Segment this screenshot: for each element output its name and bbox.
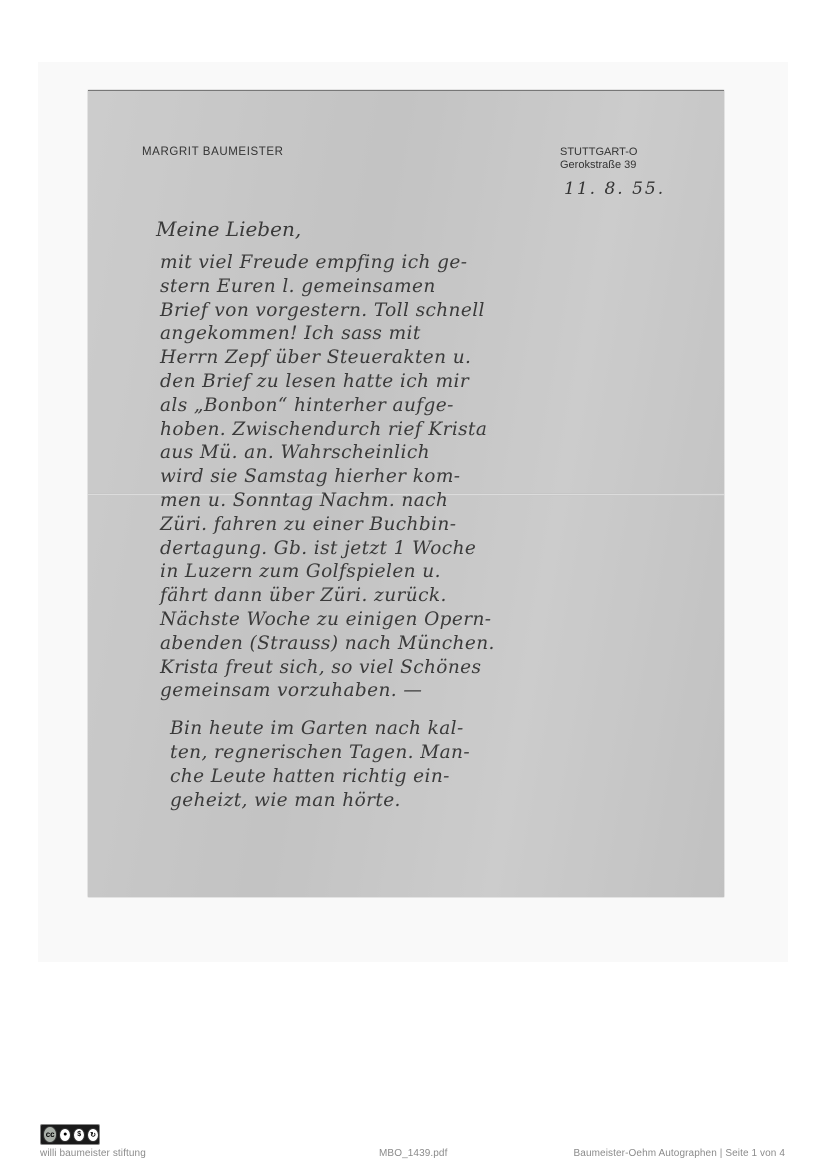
letterhead-city: STUTTGART-O — [560, 146, 637, 159]
text-line: men u. Sonntag Nachm. nach — [160, 489, 720, 513]
paragraph-1: mit viel Freude empfing ich ge- stern Eu… — [160, 251, 720, 703]
letter-date: 11. 8. 55. — [564, 179, 665, 199]
text-line: aus Mü. an. Wahrscheinlich — [160, 441, 720, 465]
text-line: als „Bonbon“ hinterher aufge- — [160, 394, 720, 418]
cc-icon: cc — [43, 1126, 57, 1143]
text-line: angekommen! Ich sass mit — [160, 322, 720, 346]
letter-sheet: MARGRIT BAUMEISTER STUTTGART-O Gerokstra… — [88, 90, 724, 897]
text-line: dertagung. Gb. ist jetzt 1 Woche — [160, 537, 720, 561]
text-line: geheizt, wie man hörte. — [170, 789, 720, 813]
text-line: stern Euren l. gemeinsamen — [160, 275, 720, 299]
page-footer: cc ● $ ↻ willi baumeister stiftung MBO_1… — [0, 1124, 826, 1164]
by-icon: ● — [59, 1128, 71, 1142]
footer-organization: willi baumeister stiftung — [40, 1148, 146, 1159]
text-line: mit viel Freude empfing ich ge- — [160, 251, 720, 275]
cc-license-badge[interactable]: cc ● $ ↻ — [40, 1124, 100, 1145]
text-line: ten, regnerischen Tagen. Man- — [170, 741, 720, 765]
letter-body: mit viel Freude empfing ich ge- stern Eu… — [160, 251, 720, 812]
text-line: abenden (Strauss) nach München. — [160, 632, 720, 656]
text-line: hoben. Zwischendurch rief Krista — [160, 418, 720, 442]
letterhead-street: Gerokstraße 39 — [560, 159, 637, 172]
text-line: che Leute hatten richtig ein- — [170, 765, 720, 789]
text-line: Brief von vorgestern. Toll schnell — [160, 299, 720, 323]
text-line: Herrn Zepf über Steuerakten u. — [160, 346, 720, 370]
text-line: gemeinsam vorzuhaben. — — [160, 679, 720, 703]
text-line: den Brief zu lesen hatte ich mir — [160, 370, 720, 394]
text-line: Züri. fahren zu einer Buchbin- — [160, 513, 720, 537]
text-line: Nächste Woche zu einigen Opern- — [160, 608, 720, 632]
sa-icon: ↻ — [87, 1128, 99, 1142]
footer-collection-page: Baumeister-Oehm Autographen | Seite 1 vo… — [574, 1148, 785, 1159]
text-line: wird sie Samstag hierher kom- — [160, 465, 720, 489]
letterhead-address: STUTTGART-O Gerokstraße 39 — [560, 146, 637, 172]
text-line: fährt dann über Züri. zurück. — [160, 584, 720, 608]
nc-icon: $ — [73, 1128, 85, 1142]
paragraph-2: Bin heute im Garten nach kal- ten, regne… — [170, 717, 720, 812]
letterhead-sender: MARGRIT BAUMEISTER — [142, 146, 284, 158]
text-line: Bin heute im Garten nach kal- — [170, 717, 720, 741]
text-line: Krista freut sich, so viel Schönes — [160, 656, 720, 680]
text-line: in Luzern zum Golfspielen u. — [160, 560, 720, 584]
footer-filename: MBO_1439.pdf — [379, 1148, 447, 1159]
salutation: Meine Lieben, — [156, 217, 301, 241]
